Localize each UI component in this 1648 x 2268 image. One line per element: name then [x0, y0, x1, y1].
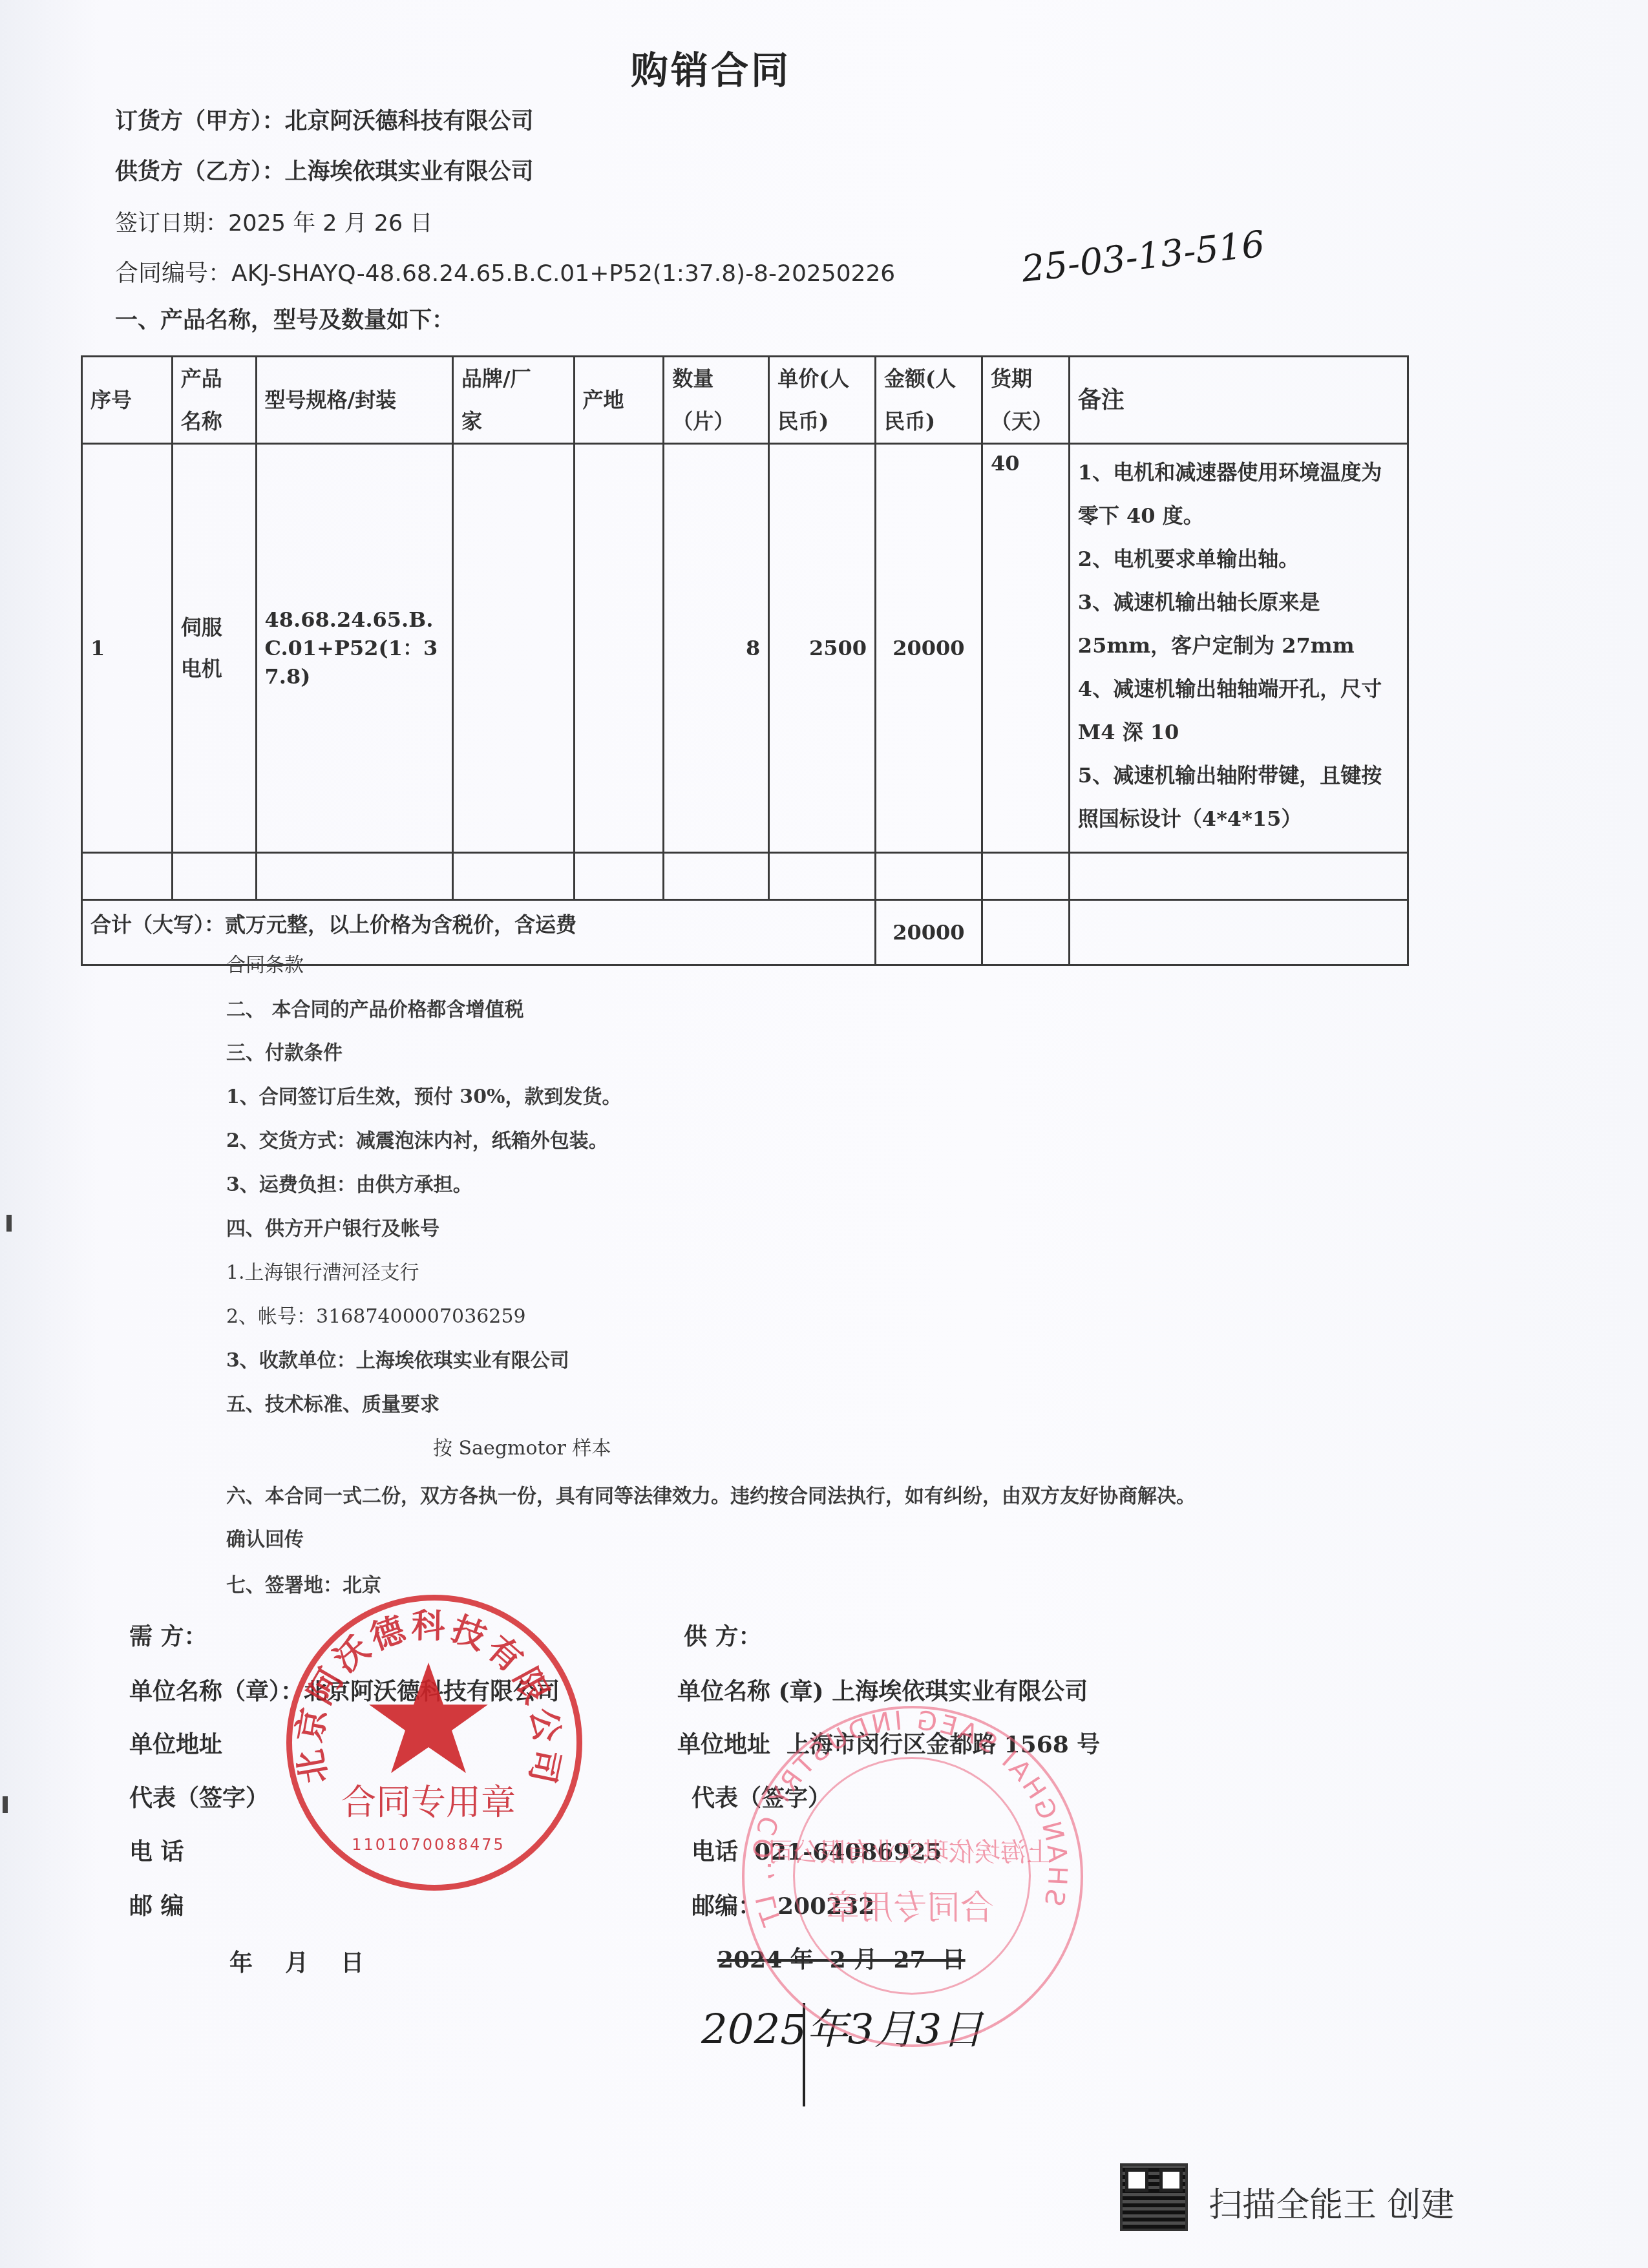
- cell-origin: [574, 444, 664, 853]
- buyer-company-seal: 北京阿沃德科技有限公司 合同专用章 1101070088475: [286, 1595, 582, 1891]
- clause-line: 五、技术标准、质量要求: [226, 1388, 439, 1416]
- seal-center-text: 合同专用章: [826, 1889, 994, 1927]
- clause-line: 三、付款条件: [226, 1036, 343, 1065]
- clause-7: 七、签署地：北京: [226, 1569, 381, 1597]
- items-table: 序号 产品 名称 型号规格/封装 品牌/厂 家 产地 数量 （片） 单价(人 民…: [81, 355, 1409, 966]
- header-lead-time: 货期 （天）: [982, 357, 1069, 444]
- seal-inner-text: 上海埃依琪实业有限公司: [768, 1838, 1052, 1867]
- header-notes: 备注: [1069, 357, 1408, 444]
- note-item: 4、减速机输出轴轴端开孔，尺寸 M4 深 10: [1078, 667, 1399, 754]
- margin-mark: [3, 1796, 8, 1813]
- standard-note: 按 Saegmotor 样本: [433, 1432, 611, 1460]
- clause-line: 1、合同签订后生效，预付 30%，款到发货。: [226, 1080, 622, 1109]
- buyer-line: 订货方（甲方）：北京阿沃德科技有限公司: [115, 103, 534, 136]
- header-index: 序号: [82, 357, 173, 444]
- sign-date-line: 签订日期：2025 年 2 月 26 日: [115, 205, 433, 238]
- clause-line: 二、 本合同的产品价格都含增值税: [226, 993, 523, 1022]
- clause-line: 2、交货方式：减震泡沫内衬，纸箱外包装。: [226, 1124, 608, 1153]
- seller-line: 供货方（乙方）：上海埃依琪实业有限公司: [115, 154, 534, 186]
- header-model: 型号规格/封装: [256, 357, 452, 444]
- buyer-postcode-label: 邮 编: [129, 1888, 184, 1921]
- note-item: 5、减速机输出轴附带键，且键按照国标设计（4*4*15）: [1078, 754, 1399, 841]
- table-row: 1 伺服 电机 48.68.24.65.B.C.01+P52(1：37.8) 8…: [82, 444, 1408, 853]
- section1-heading: 一、产品名称，型号及数量如下：: [115, 302, 454, 335]
- clauses-heading: 合同条款: [226, 949, 304, 977]
- note-item: 1、电机和减速器使用环境温度为零下 40 度。: [1078, 451, 1399, 538]
- seller-heading: 供 方：: [684, 1619, 762, 1652]
- cell-index: 1: [82, 444, 173, 853]
- buyer-date-line: 年 月 日: [229, 1945, 364, 1978]
- total-amount: 20000: [876, 900, 982, 965]
- clause-line: 1.上海银行漕河泾支行: [226, 1256, 419, 1285]
- clause-line: 3、运费负担：由供方承担。: [226, 1168, 472, 1197]
- seller-company-seal: SHANGHAI SAEG INDUSTRY CO., LTD 上海埃依琪实业有…: [742, 1706, 1083, 2047]
- note-item: 3、减速机输出轴长原来是 25mm，客户定制为 27mm: [1078, 581, 1399, 667]
- header-brand: 品牌/厂 家: [452, 357, 574, 444]
- clause-line: 3、收款单位：上海埃依琪实业有限公司: [226, 1344, 569, 1372]
- buyer-rep-label: 代表（签字）: [129, 1780, 269, 1813]
- note-item: 2、电机要求单输出轴。: [1078, 538, 1399, 581]
- cell-lead-time: 40: [982, 444, 1069, 853]
- buyer-heading: 需 方：: [129, 1619, 207, 1652]
- cell-amount: 20000: [876, 444, 982, 853]
- cell-brand: [452, 444, 574, 853]
- cell-notes: 1、电机和减速器使用环境温度为零下 40 度。 2、电机要求单输出轴。 3、减速…: [1069, 444, 1408, 853]
- cell-model: 48.68.24.65.B.C.01+P52(1：37.8): [256, 444, 452, 853]
- seller-name-line: 单位名称 (章) 上海埃依琪实业有限公司: [677, 1674, 1088, 1706]
- header-amount: 金额(人 民币): [876, 357, 982, 444]
- header-origin: 产地: [574, 357, 664, 444]
- table-header-row: 序号 产品 名称 型号规格/封装 品牌/厂 家 产地 数量 （片） 单价(人 民…: [82, 357, 1408, 444]
- seal-number: 1101070088475: [352, 1836, 505, 1854]
- cell-product-name: 伺服 电机: [172, 444, 256, 853]
- cell-unit-price: 2500: [769, 444, 876, 853]
- header-quantity: 数量 （片）: [664, 357, 769, 444]
- qr-code-icon: [1120, 2163, 1188, 2231]
- star-icon: [369, 1663, 488, 1773]
- header-unit-price: 单价(人 民币): [769, 357, 876, 444]
- contract-number-line: 合同编号：AKJ-SHAYQ-48.68.24.65.B.C.01+P52(1:…: [115, 255, 895, 288]
- clause-line: 四、供方开户银行及帐号: [226, 1212, 439, 1241]
- total-label: 合计（大写）：贰万元整，以上价格为含税价，含运费: [82, 900, 876, 965]
- confirm-return: 确认回传: [226, 1523, 304, 1551]
- header-product-name: 产品 名称: [172, 357, 256, 444]
- clause-6: 六、本合同一式二份，双方各执一份，具有同等法律效力。违约按合同法执行，如有纠纷，…: [226, 1480, 1196, 1508]
- scanner-watermark: 扫描全能王 创建: [1209, 2178, 1455, 2226]
- cell-quantity: 8: [664, 444, 769, 853]
- buyer-phone-label: 电 话: [129, 1834, 184, 1867]
- seal-center-text: 合同专用章: [341, 1782, 516, 1823]
- clause-line: 2、帐号：31687400007036259: [226, 1300, 526, 1328]
- margin-mark: [6, 1215, 12, 1232]
- buyer-address-label: 单位地址: [129, 1727, 222, 1759]
- document-title: 购销合同: [0, 40, 1422, 94]
- table-row-empty: [82, 853, 1408, 900]
